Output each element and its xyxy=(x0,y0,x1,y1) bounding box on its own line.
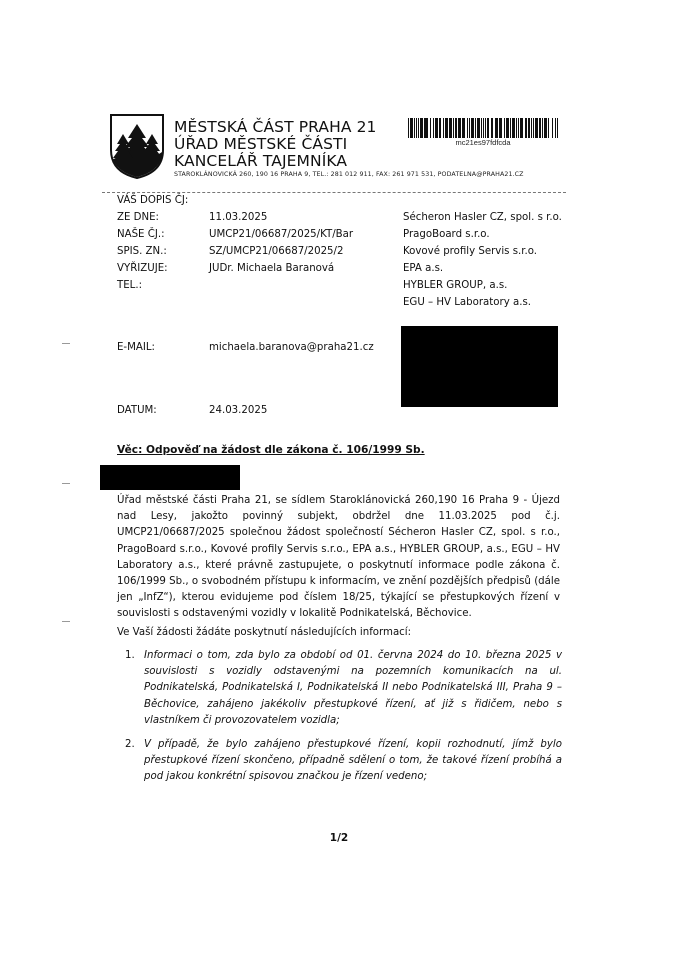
barcode-text: mc21es97fdfcda xyxy=(408,138,558,147)
recipient: PragoBoard s.r.o. xyxy=(403,229,490,240)
file-no-value: SZ/UMCP21/06687/2025/2 xyxy=(209,246,343,257)
header-divider xyxy=(102,192,566,193)
redacted-salutation-block xyxy=(100,465,240,490)
org-address: STAROKLÁNOVICKÁ 260, 190 16 PRAHA 9, TEL… xyxy=(174,171,524,178)
requests-intro: Ve Vaší žádosti žádáte poskytnutí násled… xyxy=(117,627,411,638)
ref-label: VÁŠ DOPIS ČJ: xyxy=(117,195,188,206)
org-department: KANCELÁŘ TAJEMNÍKA xyxy=(174,152,347,170)
request-item: 1. Informaci o tom, zda bylo za období o… xyxy=(117,648,562,729)
recipient: EGU – HV Laboratory a.s. xyxy=(403,297,531,308)
request-text: V případě, že bylo zahájeno přestupkové … xyxy=(144,739,562,782)
phone-label: TEL.: xyxy=(117,280,142,291)
email-value[interactable]: michaela.baranova@praha21.cz xyxy=(209,342,374,353)
org-office: ÚŘAD MĚSTSKÉ ČÁSTI xyxy=(174,135,347,153)
redacted-address-block xyxy=(401,326,558,407)
handled-by-label: VYŘIZUJE: xyxy=(117,263,168,274)
requests-list: 1. Informaci o tom, zda bylo za období o… xyxy=(117,648,562,794)
request-number: 1. xyxy=(125,648,135,664)
our-ref-label: NAŠE ČJ.: xyxy=(117,229,165,240)
page-number: 1/2 xyxy=(0,832,678,844)
date-value: 24.03.2025 xyxy=(209,405,267,416)
recipient: Kovové profily Servis s.r.o. xyxy=(403,246,537,257)
date-received-label: ZE DNE: xyxy=(117,212,159,223)
coat-of-arms-trees-icon xyxy=(108,112,166,180)
handled-by-value: JUDr. Michaela Baranová xyxy=(209,263,334,274)
request-text: Informaci o tom, zda bylo za období od 0… xyxy=(144,650,562,726)
scan-artifact xyxy=(62,343,70,344)
date-received-value: 11.03.2025 xyxy=(209,212,267,223)
barcode xyxy=(408,118,558,138)
recipient: HYBLER GROUP, a.s. xyxy=(403,280,507,291)
recipient: Sécheron Hasler CZ, spol. s r.o. xyxy=(403,212,562,223)
scan-artifact xyxy=(62,483,70,484)
date-label: DATUM: xyxy=(117,405,157,416)
request-number: 2. xyxy=(125,737,135,753)
recipient: EPA a.s. xyxy=(403,263,443,274)
email-label: E-MAIL: xyxy=(117,342,155,353)
our-ref-value: UMCP21/06687/2025/KT/Bar xyxy=(209,229,353,240)
request-item: 2. V případě, že bylo zahájeno přestupko… xyxy=(117,737,562,786)
file-no-label: SPIS. ZN.: xyxy=(117,246,167,257)
scan-artifact xyxy=(62,621,70,622)
body-paragraph: Úřad městské části Praha 21, se sídlem S… xyxy=(117,493,560,623)
subject-line: Věc: Odpověď na žádost dle zákona č. 106… xyxy=(117,444,425,456)
org-name: MĚSTSKÁ ČÁST PRAHA 21 xyxy=(174,118,377,136)
